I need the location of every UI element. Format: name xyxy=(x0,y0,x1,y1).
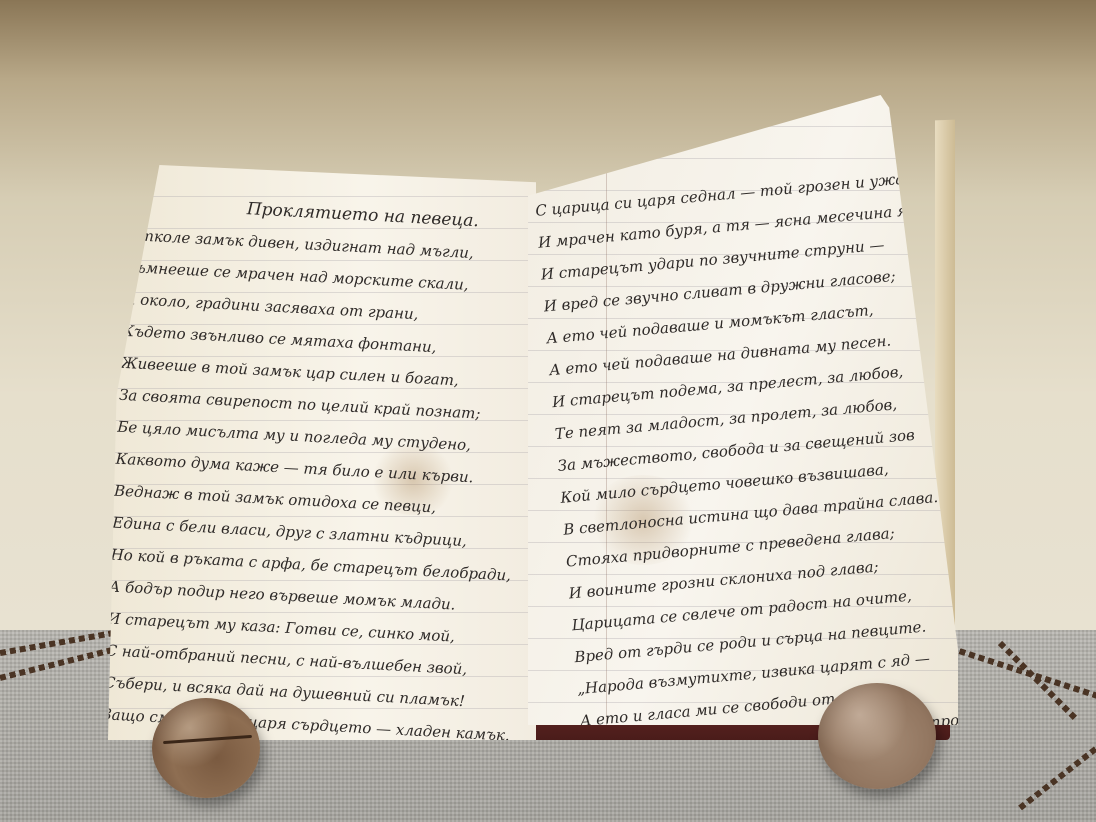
notebook-left-page: Проклятието на певеца. Отколе замък диве… xyxy=(108,165,536,740)
walnut-right xyxy=(818,683,936,789)
left-page-text: Проклятието на певеца. Отколе замък диве… xyxy=(108,187,536,740)
embroidery-stitch xyxy=(998,641,1080,723)
notebook-right-page: С царица си царя седнал — той грозен и у… xyxy=(528,95,958,725)
right-page-text: С царица си царя седнал — той грозен и у… xyxy=(534,160,958,725)
embroidery-stitch xyxy=(949,645,1096,700)
walnut-left xyxy=(152,698,260,798)
walnut-seam xyxy=(163,735,252,744)
embroidery-stitch xyxy=(1018,744,1096,810)
